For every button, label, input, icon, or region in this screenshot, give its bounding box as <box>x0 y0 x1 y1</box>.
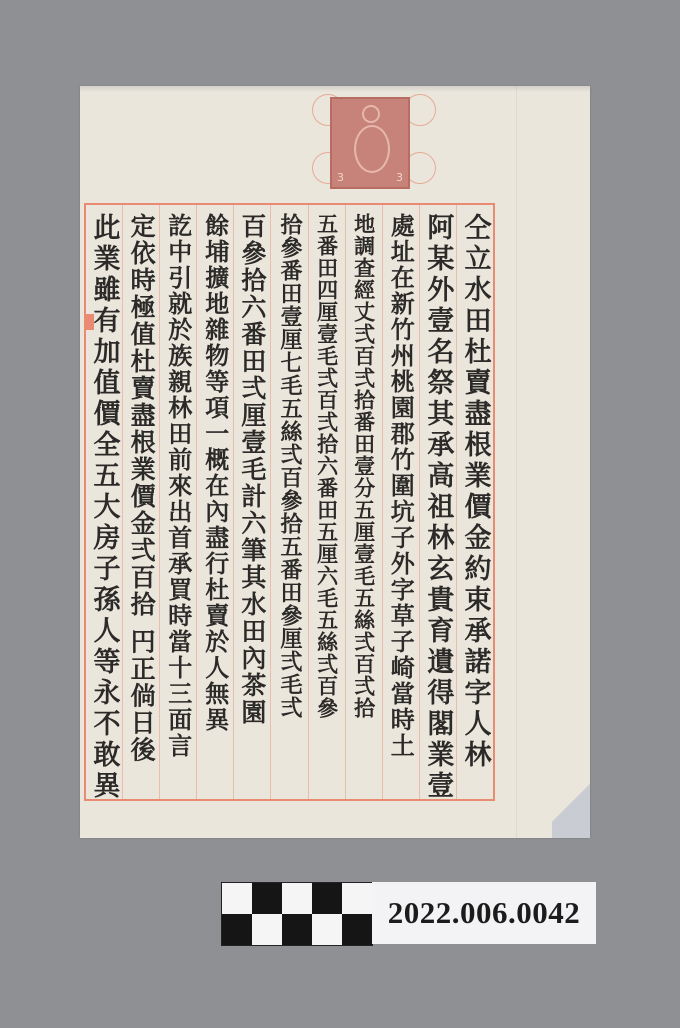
scale-cell-white <box>312 914 342 945</box>
text-column-2: 阿某外壹名祭其承高祖林玄貴育遺得閣業壹 <box>419 205 456 799</box>
column-text: 拾參番田壹厘七毛五絲弍百參拾五番田參厘弍毛弍 <box>277 213 302 719</box>
column-text: 處址在新竹州桃園郡竹圍坑子外字草子崎當時土 <box>387 213 414 759</box>
torn-top-edge <box>80 84 590 92</box>
scale-cell-white <box>252 914 282 945</box>
column-text: 地調查經丈弍百弍拾番田壹分五厘壹毛五絲弍百弍拾 <box>352 213 376 719</box>
scale-cell-black <box>312 883 342 914</box>
text-column-1: 仝立水田杜賣盡根業價金約束承諾字人林 <box>456 205 493 799</box>
color-scale-bar <box>221 882 373 946</box>
text-column-3: 處址在新竹州桃園郡竹圍坑子外字草子崎當時土 <box>382 205 419 799</box>
chrysanthemum-crest-icon <box>362 105 380 123</box>
column-text: 餘埔擴地雜物等項一概在內盡行杜賣於人無異 <box>202 213 229 733</box>
stamp-oval-icon <box>354 125 390 173</box>
scale-cell-white <box>342 883 372 914</box>
fold-line <box>516 86 517 838</box>
accession-label: 2022.006.0042 <box>372 882 596 944</box>
text-columns: 仝立水田杜賣盡根業價金約束承諾字人林 阿某外壹名祭其承高祖林玄貴育遺得閣業壹 處… <box>86 205 493 799</box>
scale-cell-black <box>222 914 252 945</box>
scale-cell-white <box>282 883 312 914</box>
column-text: 阿某外壹名祭其承高祖林玄貴育遺得閣業壹 <box>421 213 454 802</box>
column-text: 訖中引就於族親林田前來出首承買時當十三面言 <box>165 213 192 759</box>
column-text: 此業雖有加值價全五大房子孫人等永不敢異 <box>88 213 121 802</box>
revenue-stamp: 3 3 <box>330 97 410 189</box>
scale-cell-black <box>282 914 312 945</box>
text-column-7: 百參拾六番田弍厘壹毛計六筆其水田內茶園 <box>233 205 270 799</box>
stamp-denomination-right: 3 <box>396 171 403 184</box>
text-column-8: 餘埔擴地雜物等項一概在內盡行杜賣於人無異 <box>196 205 233 799</box>
scale-cell-black <box>342 914 372 945</box>
text-column-11: 此業雖有加值價全五大房子孫人等永不敢異 <box>86 205 122 799</box>
text-column-4: 地調查經丈弍百弍拾番田壹分五厘壹毛五絲弍百弍拾 <box>345 205 382 799</box>
column-text: 仝立水田杜賣盡根業價金約束承諾字人林 <box>458 213 491 771</box>
torn-corner <box>552 768 590 838</box>
accession-number: 2022.006.0042 <box>388 895 581 931</box>
text-column-5: 五番田四厘壹毛弍百弍拾六番田五厘六毛五絲弍百參 <box>308 205 345 799</box>
column-text: 定依時極值杜賣盡根業價金弍百拾 円正倘日後 <box>127 213 155 764</box>
text-column-10: 定依時極值杜賣盡根業價金弍百拾 円正倘日後 <box>122 205 159 799</box>
scale-cell-black <box>252 883 282 914</box>
column-text: 五番田四厘壹毛弍百弍拾六番田五厘六毛五絲弍百參 <box>315 213 339 719</box>
text-column-6: 拾參番田壹厘七毛五絲弍百參拾五番田參厘弍毛弍 <box>270 205 307 799</box>
ruled-text-frame: 仝立水田杜賣盡根業價金約束承諾字人林 阿某外壹名祭其承高祖林玄貴育遺得閣業壹 處… <box>84 203 495 801</box>
text-column-9: 訖中引就於族親林田前來出首承買時當十三面言 <box>159 205 196 799</box>
scale-cell-white <box>222 883 252 914</box>
stamp-denomination-left: 3 <box>337 171 344 184</box>
column-text: 百參拾六番田弍厘壹毛計六筆其水田內茶園 <box>238 213 267 726</box>
